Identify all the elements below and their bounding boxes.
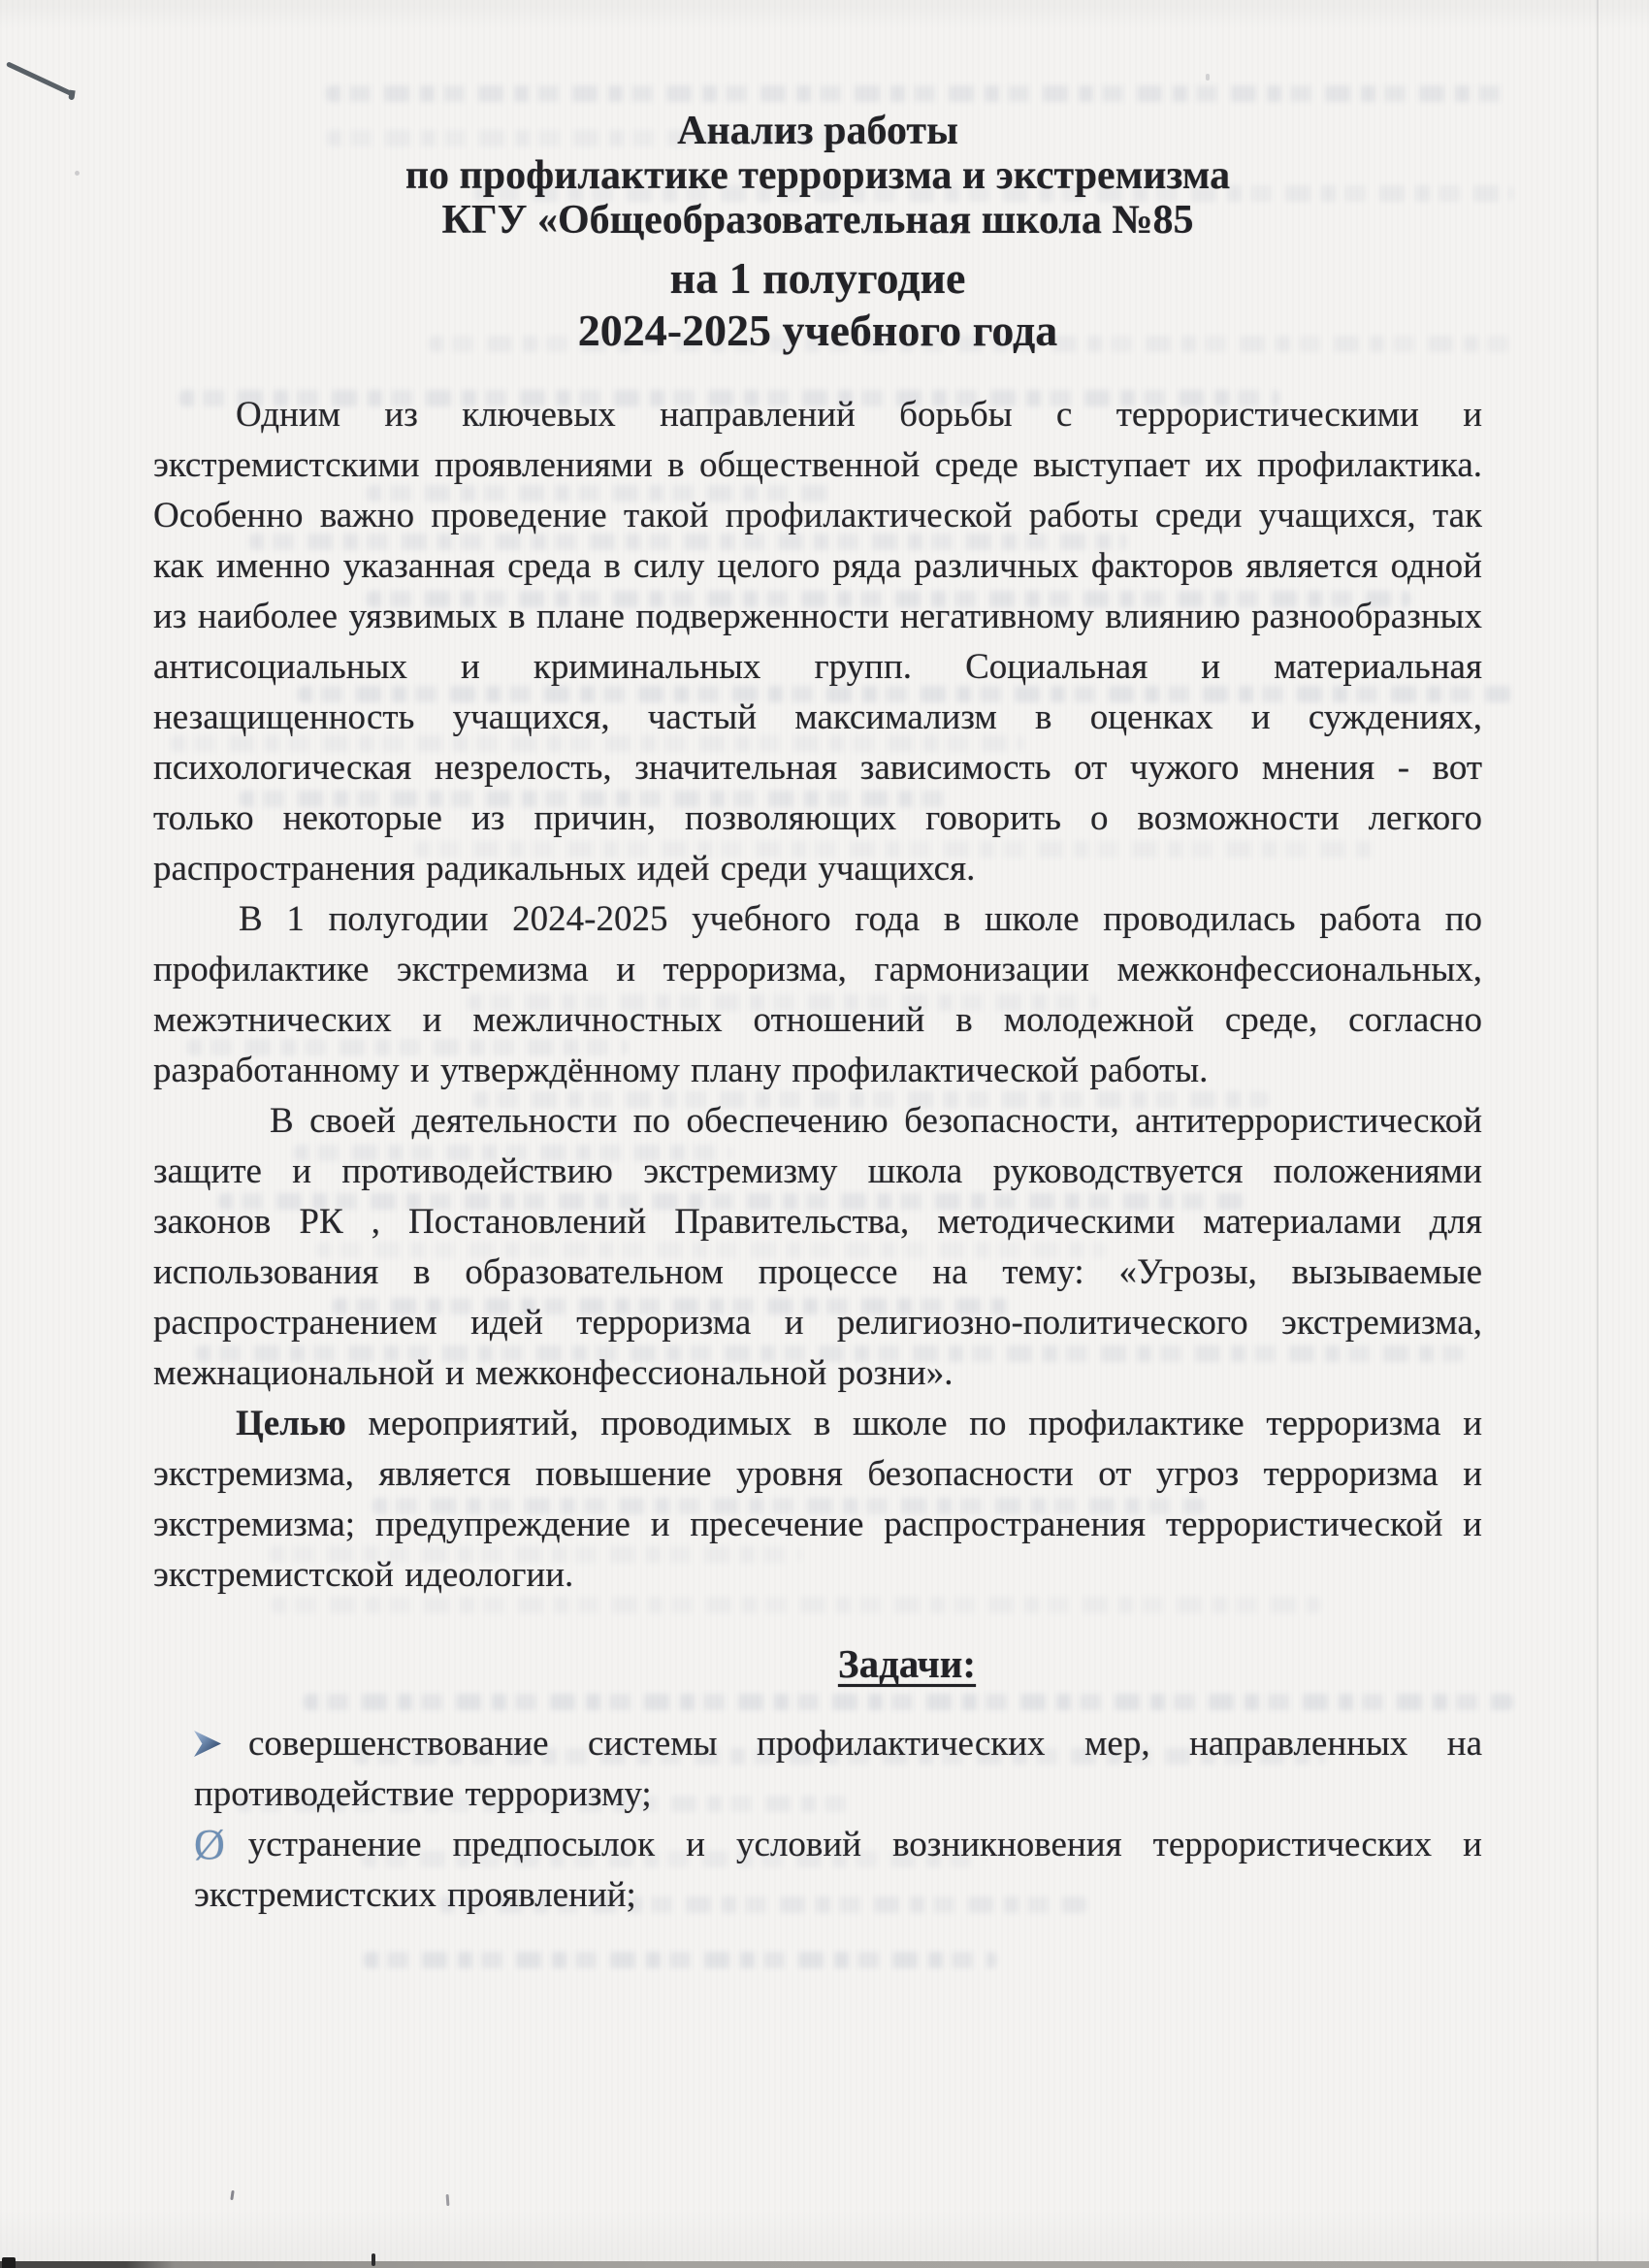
document-title: Анализ работы по профилактике терроризма… bbox=[153, 109, 1482, 357]
title-line: КГУ «Общеобразовательная школа №85 bbox=[153, 198, 1482, 243]
tasks-heading: Задачи: bbox=[242, 1641, 1571, 1686]
title-line: Анализ работы bbox=[153, 109, 1482, 153]
scan-edge-artifact bbox=[2, 2257, 16, 2268]
dust-speck-artifact bbox=[75, 171, 80, 176]
scan-edge-artifact bbox=[372, 2253, 375, 2266]
pen-mark-artifact bbox=[6, 61, 73, 96]
task-item: Øустранение предпосылок и условий возник… bbox=[194, 1820, 1482, 1921]
document-body: Одним из ключевых направлений борьбы с т… bbox=[153, 390, 1482, 1921]
task-item: совершенствование системы профилактическ… bbox=[194, 1719, 1482, 1820]
arrowhead-bullet-icon bbox=[194, 1731, 221, 1757]
dust-speck-artifact bbox=[446, 2194, 450, 2206]
paragraph-text: В своей деятельности по обеспечению безо… bbox=[153, 1101, 1482, 1393]
paragraph-text: мероприятий, проводимых в школе по профи… bbox=[153, 1404, 1482, 1595]
paragraph-text: В 1 полугодии 2024-2025 учебного года в … bbox=[153, 899, 1482, 1090]
paragraph-legal-basis: В своей деятельности по обеспечению безо… bbox=[153, 1096, 1482, 1399]
paragraph-half-year-work: В 1 полугодии 2024-2025 учебного года в … bbox=[153, 894, 1482, 1096]
tasks-heading-text: Задачи: bbox=[838, 1641, 976, 1686]
dust-speck-artifact bbox=[1206, 74, 1210, 81]
title-line: на 1 полугодие bbox=[153, 252, 1482, 305]
bleed-through-artifact bbox=[364, 1952, 996, 1968]
title-line: по профилактике терроризма и экстремизма bbox=[153, 153, 1482, 198]
pen-mark-artifact bbox=[68, 90, 75, 101]
task-item-text: совершенствование системы профилактическ… bbox=[194, 1724, 1482, 1814]
scan-fold-line-artifact bbox=[1597, 0, 1599, 2268]
scan-edge-artifact bbox=[0, 2261, 1649, 2268]
paragraph-intro: Одним из ключевых направлений борьбы с т… bbox=[153, 390, 1482, 894]
goal-lead-word: Целью bbox=[236, 1404, 346, 1443]
title-line: 2024-2025 учебного года bbox=[153, 305, 1482, 357]
paragraph-goal: Целью мероприятий, проводимых в школе по… bbox=[153, 1399, 1482, 1601]
bleed-through-artifact bbox=[326, 85, 1513, 102]
document-page: Анализ работы по профилактике терроризма… bbox=[0, 0, 1649, 2268]
paragraph-text: Одним из ключевых направлений борьбы с т… bbox=[153, 395, 1482, 889]
dust-speck-artifact bbox=[230, 2190, 234, 2200]
task-item-text: устранение предпосылок и условий возникн… bbox=[194, 1825, 1482, 1915]
